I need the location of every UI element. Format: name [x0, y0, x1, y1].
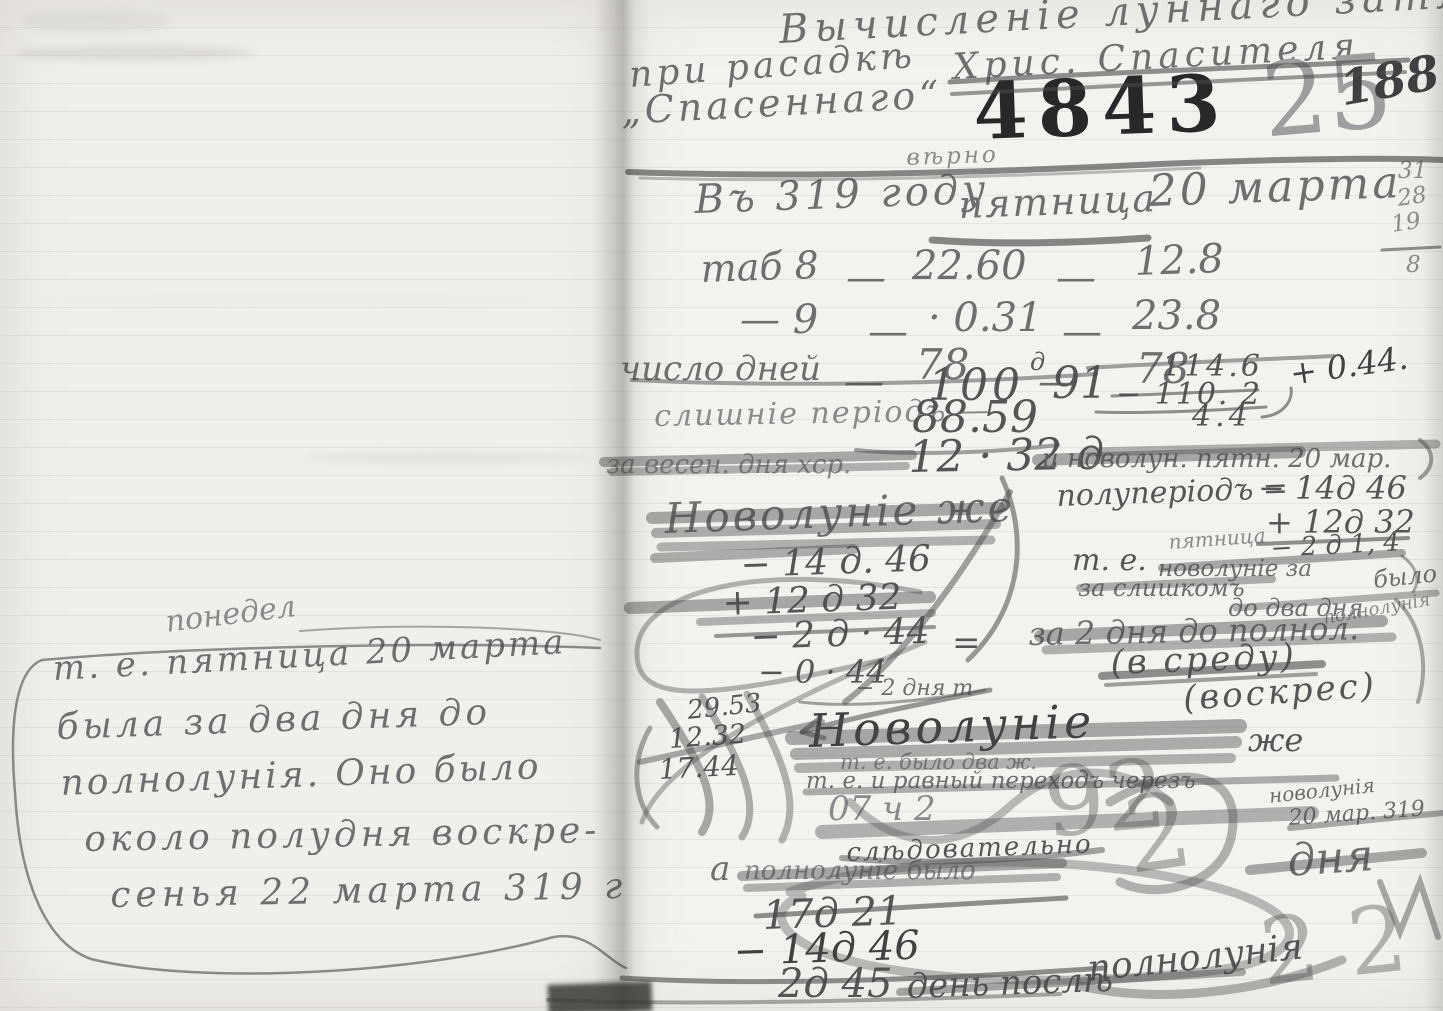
table-row2-value1: · 0.31 [928, 298, 1043, 338]
column-v1: − 14 д. 46 [740, 541, 932, 584]
bottom-note-1: день послѣ [906, 963, 1114, 1004]
table-row3-label: число дней [620, 352, 821, 386]
table-row2-dash1: — [868, 312, 908, 352]
big-number-4843: 4843 [972, 65, 1232, 152]
bottom-a: а [710, 852, 730, 886]
table-row1-label: таб 8 [700, 246, 819, 288]
column-eq: = [952, 626, 981, 660]
total-days-sup: д [1030, 350, 1045, 374]
half-period-label: полуперіодъ = [1056, 474, 1288, 512]
date-day: пятница [958, 179, 1158, 224]
calc-right-3: 4.4 [1192, 402, 1252, 432]
note-line-5: сенья 22 марта 319 г [110, 869, 628, 914]
note-line-4: около полудня воскре- [84, 813, 601, 858]
margin-term-3: 19 [1390, 210, 1422, 237]
column-note: − 2 дня m [856, 678, 973, 700]
mass-big-2: 2 [1118, 777, 1198, 889]
remainder-struck-left: за весен. дня хср. [606, 452, 851, 478]
table-row2-dash2: — [1062, 312, 1102, 352]
mass-dnya-struck: дня [1286, 834, 1375, 884]
scratch-v3: 17.44 [658, 752, 740, 784]
scratch-v1: 29.53 [686, 690, 763, 724]
bottom-struck-1: полнолуніе было [744, 858, 976, 884]
bottom-result: 2д 45 [778, 964, 892, 1004]
date-prefix: Въ 319 году [694, 170, 990, 220]
binding-shadow [548, 981, 653, 1011]
table-row2-value2: 23.8 [1132, 296, 1221, 336]
date-rest: 20 марта [1148, 161, 1402, 214]
side-struck-2: за слишкомъ [1078, 576, 1245, 600]
table-row1-value1: 22.60 [912, 246, 1027, 286]
notebook-scan: Вычисленіе луннаго затменія при расадкѣ … [0, 0, 1443, 1011]
total-days-frac: 91 [1052, 362, 1108, 406]
struck-heading: Новолуніе же [664, 486, 1016, 540]
column-v3: − 2 д · 44 [750, 614, 930, 656]
margin-sum: 8 [1406, 254, 1421, 277]
half-period-v1: − 14д 46 [1258, 472, 1407, 504]
mass-title-struck: Новолуніе [808, 698, 1096, 754]
side-te: т. е. [1072, 546, 1147, 576]
table-row1-value2: 12.8 [1134, 239, 1224, 282]
bottom-big-22: 2 2 [1256, 893, 1411, 1000]
table-row1-dash2: — [1056, 258, 1096, 298]
table-row1-dash1: — [846, 258, 886, 298]
side-day-inserted: пятница [1168, 525, 1266, 552]
page-edge-shadow [1423, 0, 1443, 1011]
mass-zhe: же [1248, 724, 1303, 756]
table-row2-label: — 9 [740, 300, 818, 340]
mass-line-3: 07 ч 2 [828, 792, 936, 826]
